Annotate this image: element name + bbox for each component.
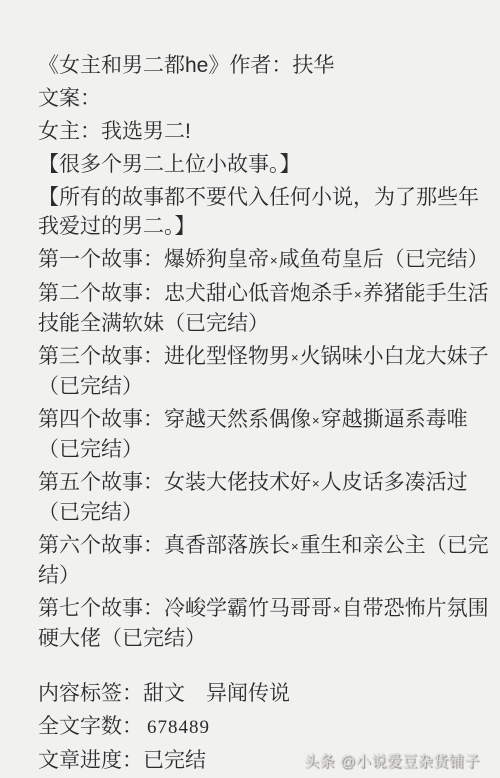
synopsis-label: 文案： [38, 84, 493, 113]
story-line-7: 第七个故事：冷峻学霸竹马哥哥×自带恐怖片氛围硬大佬（已完结） [38, 594, 493, 653]
story-pair-first: 冷峻学霸竹马哥哥 [164, 597, 332, 620]
tags-label: 内容标签： [38, 682, 143, 705]
story-status: （已完结） [38, 438, 143, 461]
story-line-5: 第五个故事：女装大佬技术好×人皮话多凑活过（已完结） [38, 468, 493, 527]
story-pair-first: 真香部落族长 [164, 534, 290, 557]
toutiao-watermark: 头条@小说爱豆杂货铺子 [304, 750, 480, 771]
story-pair-first: 穿越天然系偶像 [164, 408, 311, 431]
story-pair-first: 忠犬甜心低音炮杀手 [164, 282, 353, 305]
story-label: 第七个故事： [38, 597, 164, 620]
pairing-x-separator: × [269, 253, 279, 268]
story-pair-second: 人皮话多凑活过 [321, 471, 468, 494]
story-status: （已完结） [164, 312, 269, 335]
intro-line: 【很多个男二上位小故事。】 [38, 150, 493, 179]
story-status: （已完结） [38, 501, 143, 524]
story-line-1: 第一个故事：爆娇狗皇帝×咸鱼苟皇后（已完结） [38, 245, 493, 275]
tags-line: 内容标签：甜文异闻传说 [38, 679, 493, 708]
novel-synopsis-page: 《女主和男二都he》作者：扶华 文案： 女主：我选男二! 【很多个男二上位小故事… [0, 0, 500, 778]
watermark-platform: 头条 [304, 753, 335, 770]
pairing-x-separator: × [290, 350, 300, 365]
story-status: （已完结） [101, 627, 206, 650]
story-pair-second: 重生和亲公主 [300, 534, 426, 557]
word-count-line: 全文字数：678489 [38, 712, 493, 742]
pairing-x-separator: × [353, 287, 363, 302]
intro-line: 【所有的故事都不要代入任何小说，为了那些年我爱过的男二。】 [38, 183, 493, 241]
story-line-6: 第六个故事：真香部落族长×重生和亲公主（已完结） [38, 531, 493, 590]
story-label: 第三个故事： [38, 345, 164, 368]
progress-label: 文章进度： [38, 749, 143, 772]
author-name: 扶华 [292, 54, 334, 77]
book-title: 《女主和男二都he》 [38, 54, 229, 77]
story-label: 第一个故事： [38, 248, 164, 271]
pairing-x-separator: × [332, 602, 342, 617]
progress-value: 已完结 [143, 749, 206, 772]
pairing-x-separator: × [311, 476, 321, 491]
pairing-x-separator: × [290, 539, 300, 554]
story-pair-second: 咸鱼苟皇后 [279, 248, 384, 271]
word-count-label: 全文字数： [38, 715, 143, 738]
story-line-3: 第三个故事：进化型怪物男×火锅味小白龙大妹子（已完结） [38, 342, 493, 401]
tag-item: 异闻传说 [206, 682, 290, 705]
book-title-line: 《女主和男二都he》作者：扶华 [38, 51, 493, 80]
story-pair-second: 火锅味小白龙大妹子 [300, 345, 489, 368]
pairing-x-separator: × [311, 413, 321, 428]
story-pair-first: 女装大佬技术好 [164, 471, 311, 494]
story-status: （已完结） [384, 248, 489, 271]
story-label: 第二个故事： [38, 282, 164, 305]
story-label: 第六个故事： [38, 534, 164, 557]
story-label: 第四个故事： [38, 408, 164, 431]
tag-item: 甜文 [143, 682, 185, 705]
story-line-2: 第二个故事：忠犬甜心低音炮杀手×养猪能手生活技能全满软妹（已完结） [38, 279, 493, 338]
story-pair-second: 穿越撕逼系毒唯 [321, 408, 468, 431]
story-pair-first: 进化型怪物男 [164, 345, 290, 368]
intro-line: 女主：我选男二! [38, 117, 493, 146]
story-pair-first: 爆娇狗皇帝 [164, 248, 269, 271]
word-count-value: 678489 [147, 717, 210, 738]
author-label: 作者： [229, 54, 292, 77]
watermark-handle: @小说爱豆杂货铺子 [340, 753, 480, 770]
story-label: 第五个故事： [38, 471, 164, 494]
story-status: （已完结） [38, 375, 143, 398]
synopsis-text-block: 《女主和男二都he》作者：扶华 文案： 女主：我选男二! 【很多个男二上位小故事… [38, 51, 493, 778]
story-line-4: 第四个故事：穿越天然系偶像×穿越撕逼系毒唯（已完结） [38, 405, 493, 464]
